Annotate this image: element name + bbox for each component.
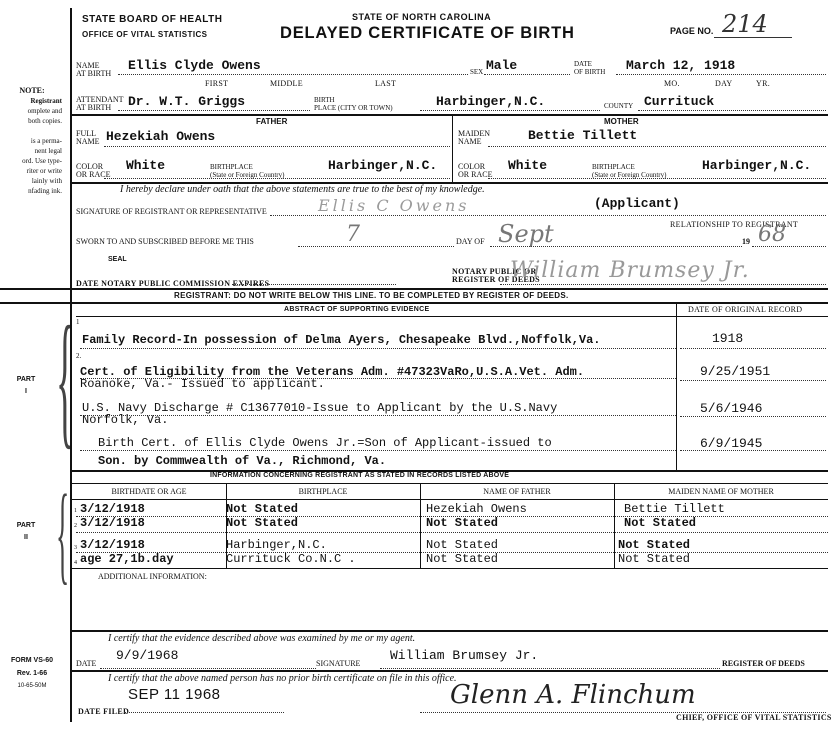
abstract-item-2-cont: Roanoke, Va.- Issued to applicant. bbox=[80, 377, 325, 391]
certifier-signature: William Brumsey Jr. bbox=[390, 648, 538, 663]
registrant-signature: Ellis C Owens bbox=[318, 196, 469, 215]
oath-declaration: I hereby declare under oath that the abo… bbox=[120, 184, 485, 195]
col-mother: MAIDEN NAME OF MOTHER bbox=[614, 487, 828, 496]
certification-date: 9/9/1968 bbox=[116, 648, 178, 663]
registrant-sex: Male bbox=[486, 58, 517, 73]
abstract-date-4: 6/9/1945 bbox=[700, 436, 762, 451]
margin-note: NOTE: Registrant omplete and both copies… bbox=[2, 86, 62, 196]
abstract-item-1: Family Record-In possession of Delma Aye… bbox=[82, 333, 600, 347]
note-title: NOTE: bbox=[2, 86, 62, 96]
father-name: Hezekiah Owens bbox=[106, 129, 215, 144]
chief-signature: Glenn A. Flinchum bbox=[450, 680, 696, 710]
abstract-date-1: 1918 bbox=[712, 331, 743, 346]
registrant-warning: REGISTRANT: DO NOT WRITE BELOW THIS LINE… bbox=[174, 291, 569, 300]
sworn-month: Sept bbox=[498, 220, 554, 248]
form-id: FORM VS-60 Rev. 1-66 10-65-50M bbox=[2, 654, 62, 693]
abstract-heading: ABSTRACT OF SUPPORTING EVIDENCE bbox=[284, 306, 429, 313]
no-prior-statement: I certify that the above named person ha… bbox=[108, 673, 457, 684]
mother-heading: MOTHER bbox=[604, 117, 639, 126]
filed-stamp: SEP 11 1968 bbox=[128, 686, 221, 703]
part-2-brace: { bbox=[56, 478, 69, 588]
abstract-date-2: 9/25/1951 bbox=[700, 364, 770, 379]
state-name: STATE OF NORTH CAROLINA bbox=[352, 12, 491, 22]
sworn-day: 7 bbox=[346, 222, 360, 247]
agency-name: STATE BOARD OF HEALTH bbox=[82, 14, 223, 25]
col-father: NAME OF FATHER bbox=[420, 487, 614, 496]
father-birthplace: Harbinger,N.C. bbox=[328, 158, 437, 173]
part-2-label: PART II bbox=[8, 520, 44, 544]
abstract-item-4: Birth Cert. of Ellis Clyde Owens Jr.=Son… bbox=[98, 436, 552, 450]
page-number: 214 bbox=[722, 10, 768, 38]
col-birthdate: BIRTHDATE OR AGE bbox=[72, 487, 226, 496]
notary-signature: William Brumsey Jr. bbox=[510, 258, 750, 283]
father-heading: FATHER bbox=[256, 117, 287, 126]
attendant-name: Dr. W.T. Griggs bbox=[128, 94, 245, 109]
relationship: (Applicant) bbox=[594, 196, 680, 211]
mother-race: White bbox=[508, 158, 547, 173]
county: Currituck bbox=[644, 94, 714, 109]
seal-label: SEAL bbox=[108, 256, 127, 263]
agency-office: OFFICE OF VITAL STATISTICS bbox=[82, 30, 207, 39]
mother-birthplace: Harbinger,N.C. bbox=[702, 158, 811, 173]
part-1-label: PART I bbox=[8, 374, 44, 398]
abstract-item-4-cont: Son. by Commwealth of Va., Richmond, Va. bbox=[98, 454, 386, 468]
sworn-year: 68 bbox=[758, 222, 786, 247]
father-race: White bbox=[126, 158, 165, 173]
date-original-record-heading: DATE OF ORIGINAL RECORD bbox=[688, 305, 802, 314]
info-heading: INFORMATION CONCERNING REGISTRANT AS STA… bbox=[210, 472, 509, 479]
document-title: DELAYED CERTIFICATE OF BIRTH bbox=[280, 24, 575, 43]
abstract-item-3-cont: Norfolk, Va. bbox=[82, 413, 168, 427]
certification-statement: I certify that the evidence described ab… bbox=[108, 633, 415, 644]
additional-info-label: ADDITIONAL INFORMATION: bbox=[98, 572, 207, 581]
birthplace: Harbinger,N.C. bbox=[436, 94, 545, 109]
registrant-name: Ellis Clyde Owens bbox=[128, 58, 261, 73]
page-number-label: PAGE NO. bbox=[670, 26, 713, 36]
date-of-birth: March 12, 1918 bbox=[626, 58, 735, 73]
abstract-date-3: 5/6/1946 bbox=[700, 401, 762, 416]
mother-maiden-name: Bettie Tillett bbox=[528, 128, 637, 143]
col-birthplace: BIRTHPLACE bbox=[226, 487, 420, 496]
